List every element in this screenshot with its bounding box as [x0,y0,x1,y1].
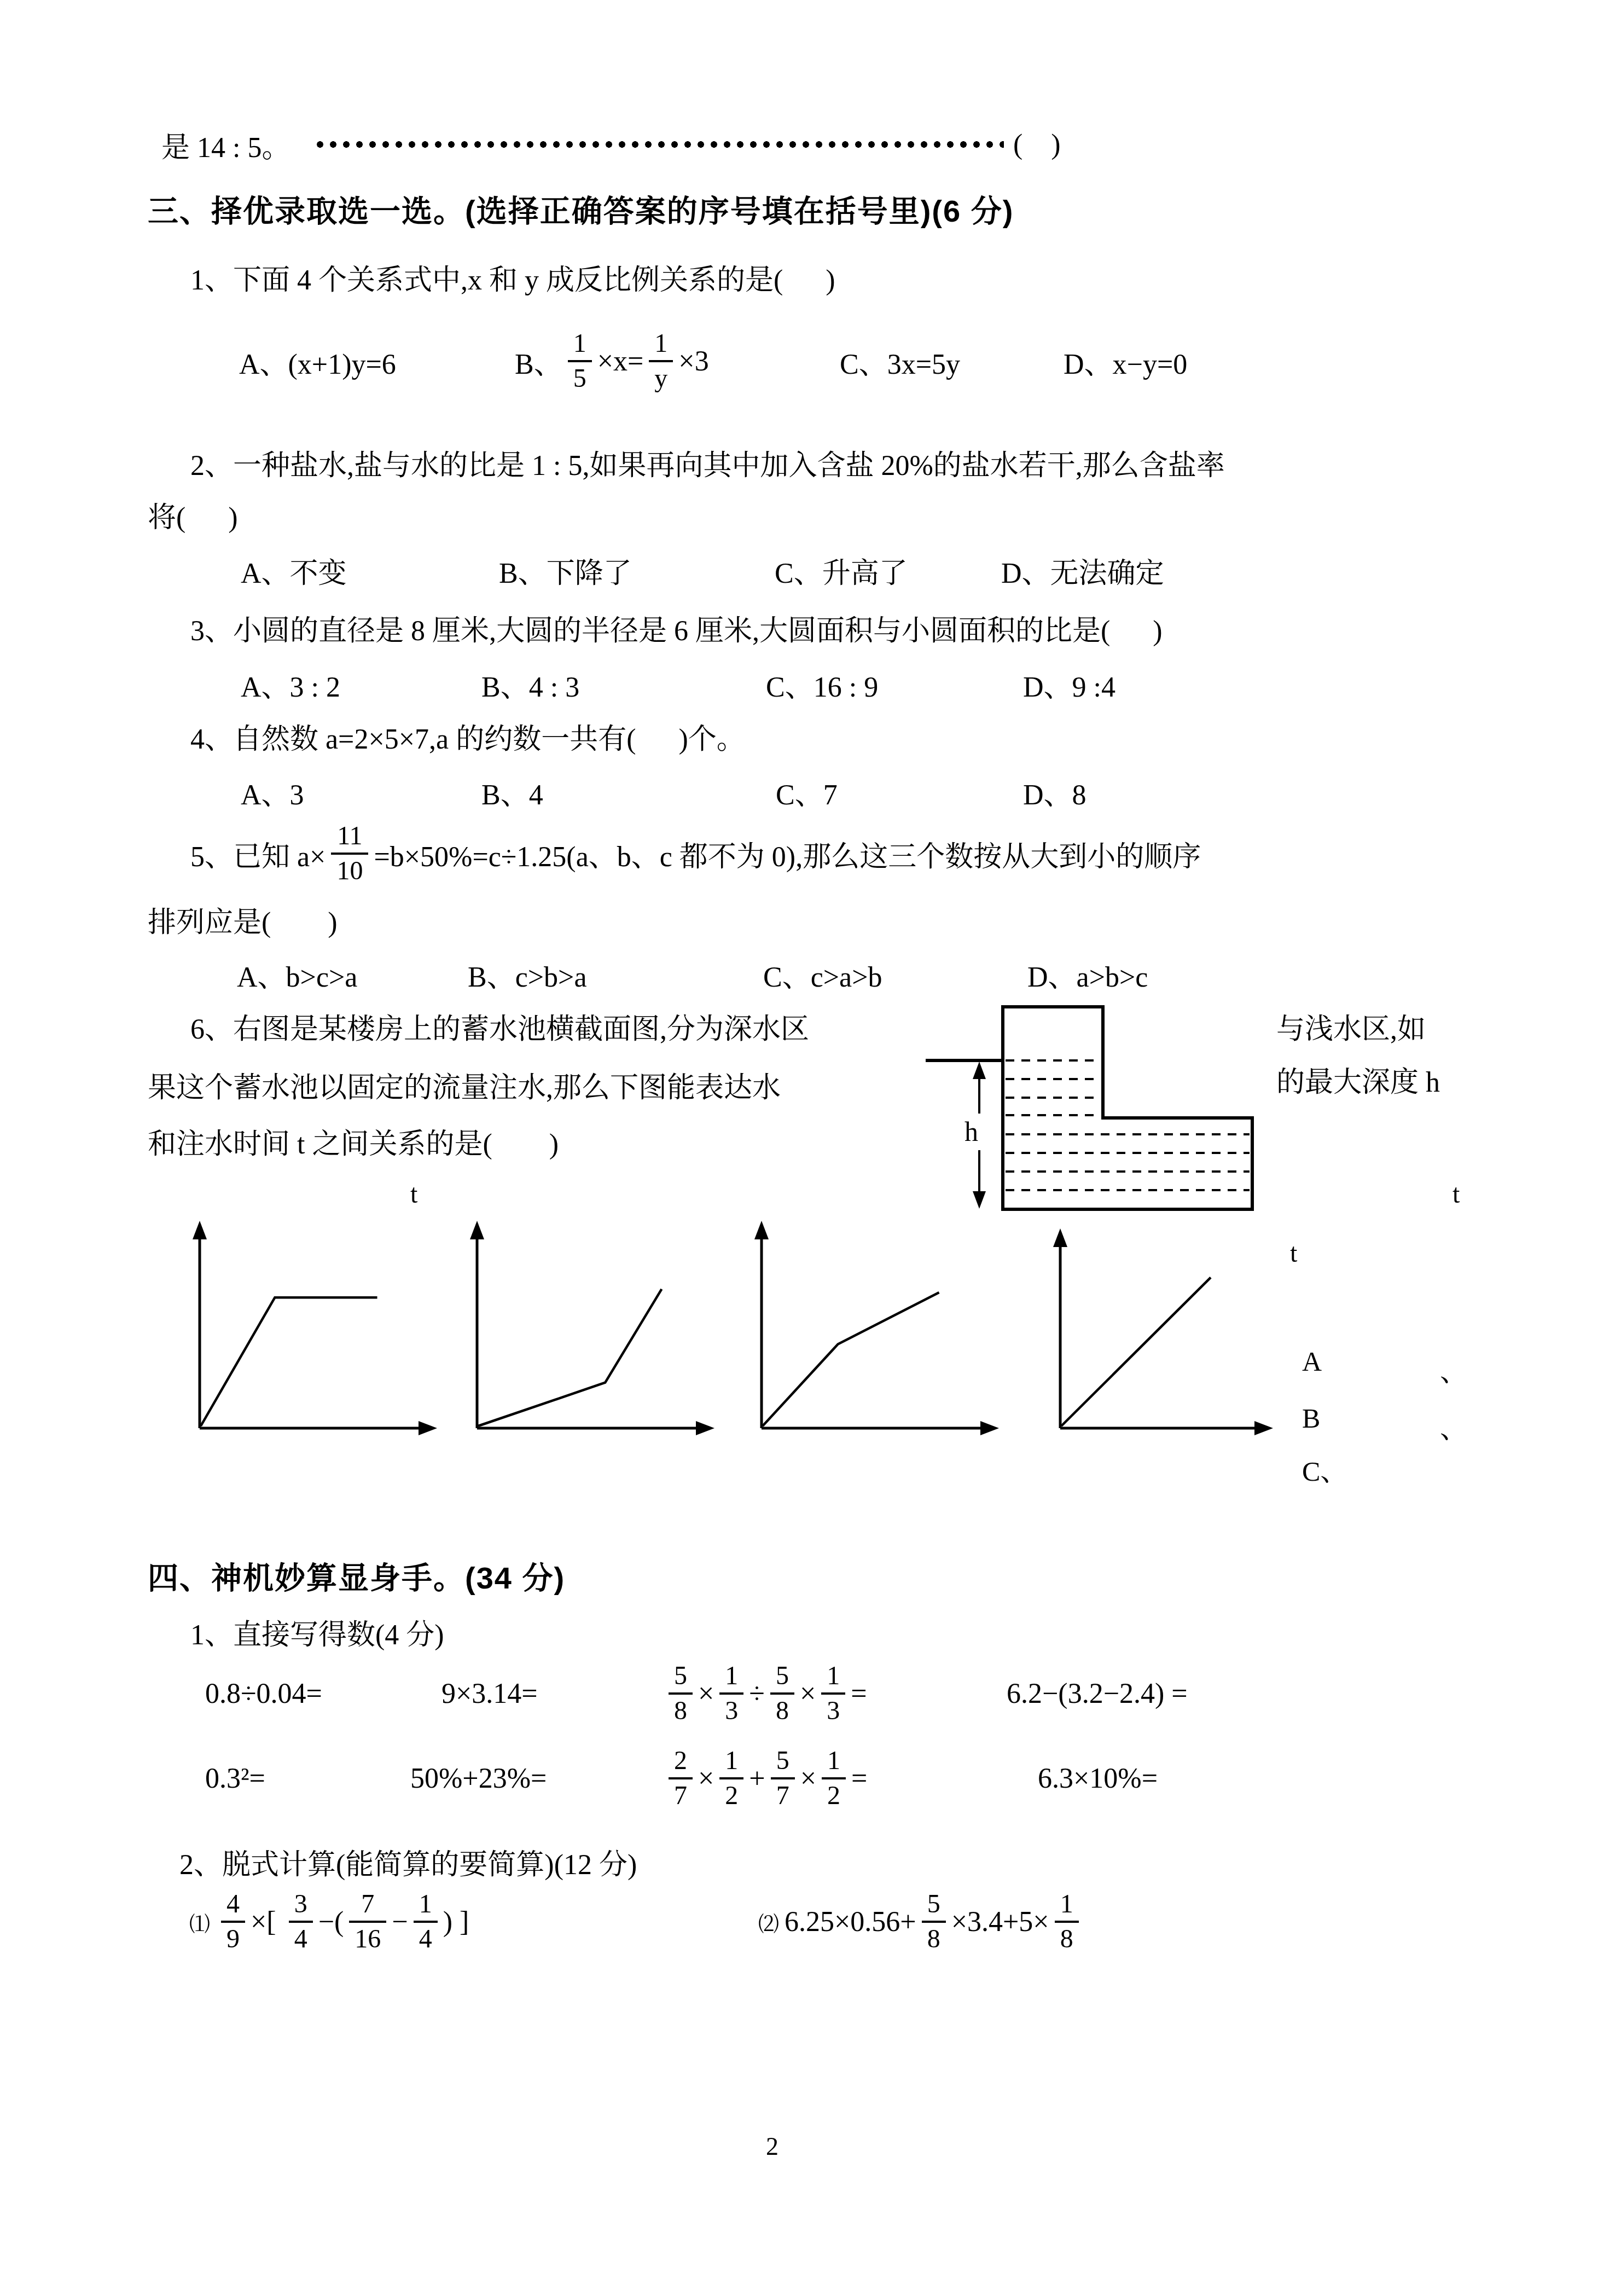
expr-text: = [851,1678,867,1710]
q5-option-d: D、a>b>c [1027,954,1148,995]
t-axis-label-1: t [410,1179,417,1209]
q3-option-b: B、4 : 3 [481,664,579,705]
expr-text: ×[ [251,1906,283,1938]
expr-text: −( [318,1906,344,1938]
expr-text: − [392,1906,408,1938]
expr-text: ×x= [597,345,644,378]
s4-part2-title: 2、脱式计算(能简算的要简算)(12 分) [179,1841,637,1882]
fraction: 716 [349,1890,386,1953]
section3-heading: 三、择优录取选一选。(选择正确答案的序号填在括号里)(6 分) [148,187,1014,231]
expr-text: ×3 [678,345,708,378]
q5-option-a: A、b>c>a [237,954,357,995]
y-axis-arrow-icon [470,1221,484,1239]
x-axis-arrow-icon [419,1421,437,1435]
calc-item-8: 6.3×10%= [1038,1762,1158,1795]
expr-text: ×3.4+5× [951,1906,1049,1938]
q6-ans-pause-a: 、 [1440,1350,1467,1389]
water-tank-cross-section [919,1001,1261,1217]
calc-item-5: 0.3²= [205,1762,265,1795]
h-t-graph-option-4 [1053,1217,1280,1447]
expr-text: × [698,1762,714,1795]
tank-depth-label: h [965,1116,978,1147]
q6-stem-right1: 与浅水区,如 [1276,1006,1426,1047]
expr-text: 6.25×0.56+ [785,1906,916,1938]
q4-option-b: B、4 [481,772,543,813]
calc-item-3: 58×13÷58×13= [663,1662,867,1725]
q6-stem-line1: 6、右图是某楼房上的蓄水池横截面图,分为深水区 [190,1006,809,1047]
h-t-graph-option-1 [193,1217,444,1447]
q4-stem: 4、自然数 a=2×5×7,a 的约数一共有( )个。 [190,716,745,757]
q3-option-c: C、16 : 9 [766,664,878,705]
q2-option-c: C、升高了 [775,550,908,591]
s4-part1-title: 1、直接写得数(4 分) [190,1611,444,1653]
expr-text: ⑵ [758,1907,779,1937]
x-axis-arrow-icon [1254,1421,1273,1435]
written-calc-2: ⑵6.25×0.56+58×3.4+5×18 [758,1890,1084,1953]
expr-text: × [800,1678,816,1710]
page-number: 2 [766,2132,778,2161]
carryover-text: 是 14 : 5。 [161,124,290,165]
expr-text: × [800,1762,816,1795]
x-axis-arrow-icon [696,1421,714,1435]
fraction: 58 [922,1890,946,1953]
q1-option-c: C、3x=5y [840,341,960,382]
q1-option-d: D、x−y=0 [1064,341,1187,382]
fraction: 58 [770,1662,794,1725]
carryover-answer-bracket: ( ) [1013,129,1061,161]
fraction: 14 [414,1890,438,1953]
fraction: 57 [771,1747,795,1810]
expr-text: B、 [515,341,562,382]
expr-text: 5、已知 a× [190,833,326,874]
q2-stem2: 将( ) [148,494,238,535]
section4-heading: 四、神机妙算显身手。(34 分) [148,1554,565,1598]
expr-text: ÷ [749,1678,765,1710]
fraction: 49 [221,1890,245,1953]
fraction: 1y [649,329,673,393]
q6-stem-line2: 果这个蓄水池以固定的流量注水,那么下图能表达水 [148,1064,781,1105]
expr-text: ⑴ [189,1907,210,1937]
expr-text: = [851,1762,867,1795]
q5-option-c: C、c>a>b [763,954,882,995]
fraction: 15 [568,329,592,393]
fraction: 13 [719,1662,743,1725]
t-axis-label-2: t [1452,1179,1460,1209]
t-axis-label-3: t [1290,1238,1297,1268]
y-axis-arrow-icon [1053,1228,1067,1247]
q3-option-a: A、3 : 2 [241,664,340,705]
q6-stem-right2: 的最大深度 h [1276,1059,1440,1100]
fraction: 13 [821,1662,845,1725]
expr-text: =b×50%=c÷1.25(a、b、c 都不为 0),那么这三个数按从大到小的顺… [374,833,1201,874]
q2-option-d: D、无法确定 [1001,550,1164,591]
fraction: 18 [1055,1890,1079,1953]
fraction: 27 [669,1747,693,1810]
q6-ans-letter-b: B [1302,1402,1320,1434]
dimension-arrow-down-icon [973,1191,986,1209]
y-axis-arrow-icon [754,1221,769,1239]
q3-option-d: D、9 :4 [1023,664,1115,705]
q4-option-d: D、8 [1023,772,1087,813]
calc-item-1: 0.8÷0.04= [205,1678,322,1710]
exam-page: 是 14 : 5。 ( ) 三、择优录取选一选。(选择正确答案的序号填在括号里)… [0,0,1621,2296]
expr-text: ) ] [443,1906,469,1938]
q5-option-b: B、c>b>a [468,954,587,995]
fraction: 1110 [331,822,368,885]
q6-ans-letter-c: C、 [1302,1450,1347,1489]
dot-leader [315,140,1004,149]
fraction: 58 [669,1662,693,1725]
q1-option-a: A、(x+1)y=6 [239,341,396,382]
calc-item-2: 9×3.14= [441,1678,538,1710]
fraction: 12 [719,1747,743,1810]
q5-stem: 5、已知 a×1110=b×50%=c÷1.25(a、b、c 都不为 0),那么… [190,822,1201,885]
q2-option-a: A、不变 [241,550,347,591]
expr-text: + [749,1762,765,1795]
q2-stem: 2、一种盐水,盐与水的比是 1 : 5,如果再向其中加入含盐 20%的盐水若干,… [190,442,1225,483]
q3-stem: 3、小圆的直径是 8 厘米,大圆的半径是 6 厘米,大圆面积与小圆面积的比是( … [190,607,1163,648]
h-t-graph-option-3 [754,1217,1006,1447]
y-axis-arrow-icon [193,1221,207,1239]
h-t-graph-option-2 [470,1217,722,1447]
expr-text: × [698,1678,714,1710]
written-calc-1: ⑴49×[ 34−(716−14) ] [189,1890,469,1953]
q4-option-c: C、7 [776,772,838,813]
q6-ans-pause-b: 、 [1440,1407,1467,1446]
q2-option-b: B、下降了 [499,550,632,591]
q6-stem-line3: 和注水时间 t 之间关系的是( ) [148,1121,559,1162]
dimension-arrow-up-icon [973,1062,986,1079]
fraction: 34 [289,1890,313,1953]
q6-ans-letter-a: A [1302,1346,1322,1377]
q1-option-b: B、15×x=1y×3 [515,329,709,393]
x-axis-arrow-icon [980,1421,999,1435]
fraction: 12 [822,1747,846,1810]
q4-option-a: A、3 [241,772,304,813]
calc-item-7: 27×12+57×12= [663,1747,867,1810]
calc-item-6: 50%+23%= [410,1762,547,1795]
calc-item-4: 6.2−(3.2−2.4) = [1007,1678,1188,1710]
q5-stem2: 排列应是( ) [148,899,338,940]
q1-stem: 1、下面 4 个关系式中,x 和 y 成反比例关系的是( ) [190,257,835,298]
